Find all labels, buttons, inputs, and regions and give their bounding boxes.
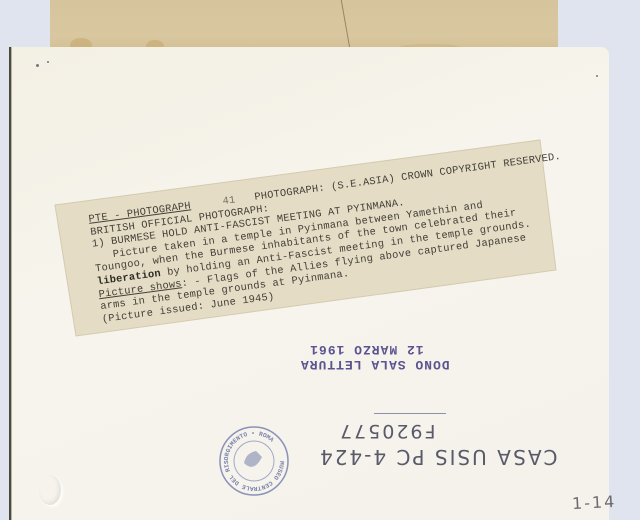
emboss-mark: [39, 475, 61, 505]
speck: [596, 75, 598, 77]
crest-icon: [244, 451, 262, 467]
handwritten-source-note: CASA USIS PC 4-424: [318, 445, 558, 469]
speck: [36, 64, 39, 67]
handwritten-corner-note: 1-14: [572, 492, 617, 513]
speck: [47, 61, 49, 63]
museum-round-stamp: MUSEO CENTRALE DEL RISORGIMENTO • ROMA: [218, 425, 290, 497]
stamp-line-1: DONO SALA LETTURA: [300, 357, 450, 372]
stamp-line-2: 12 MARZO 1961: [300, 342, 450, 357]
card-crease: [341, 0, 361, 48]
donation-ink-stamp: DONO SALA LETTURA 12 MARZO 1961: [300, 342, 450, 372]
handwritten-rule: [374, 413, 446, 414]
handwritten-inventory-number: F920577: [338, 420, 435, 442]
